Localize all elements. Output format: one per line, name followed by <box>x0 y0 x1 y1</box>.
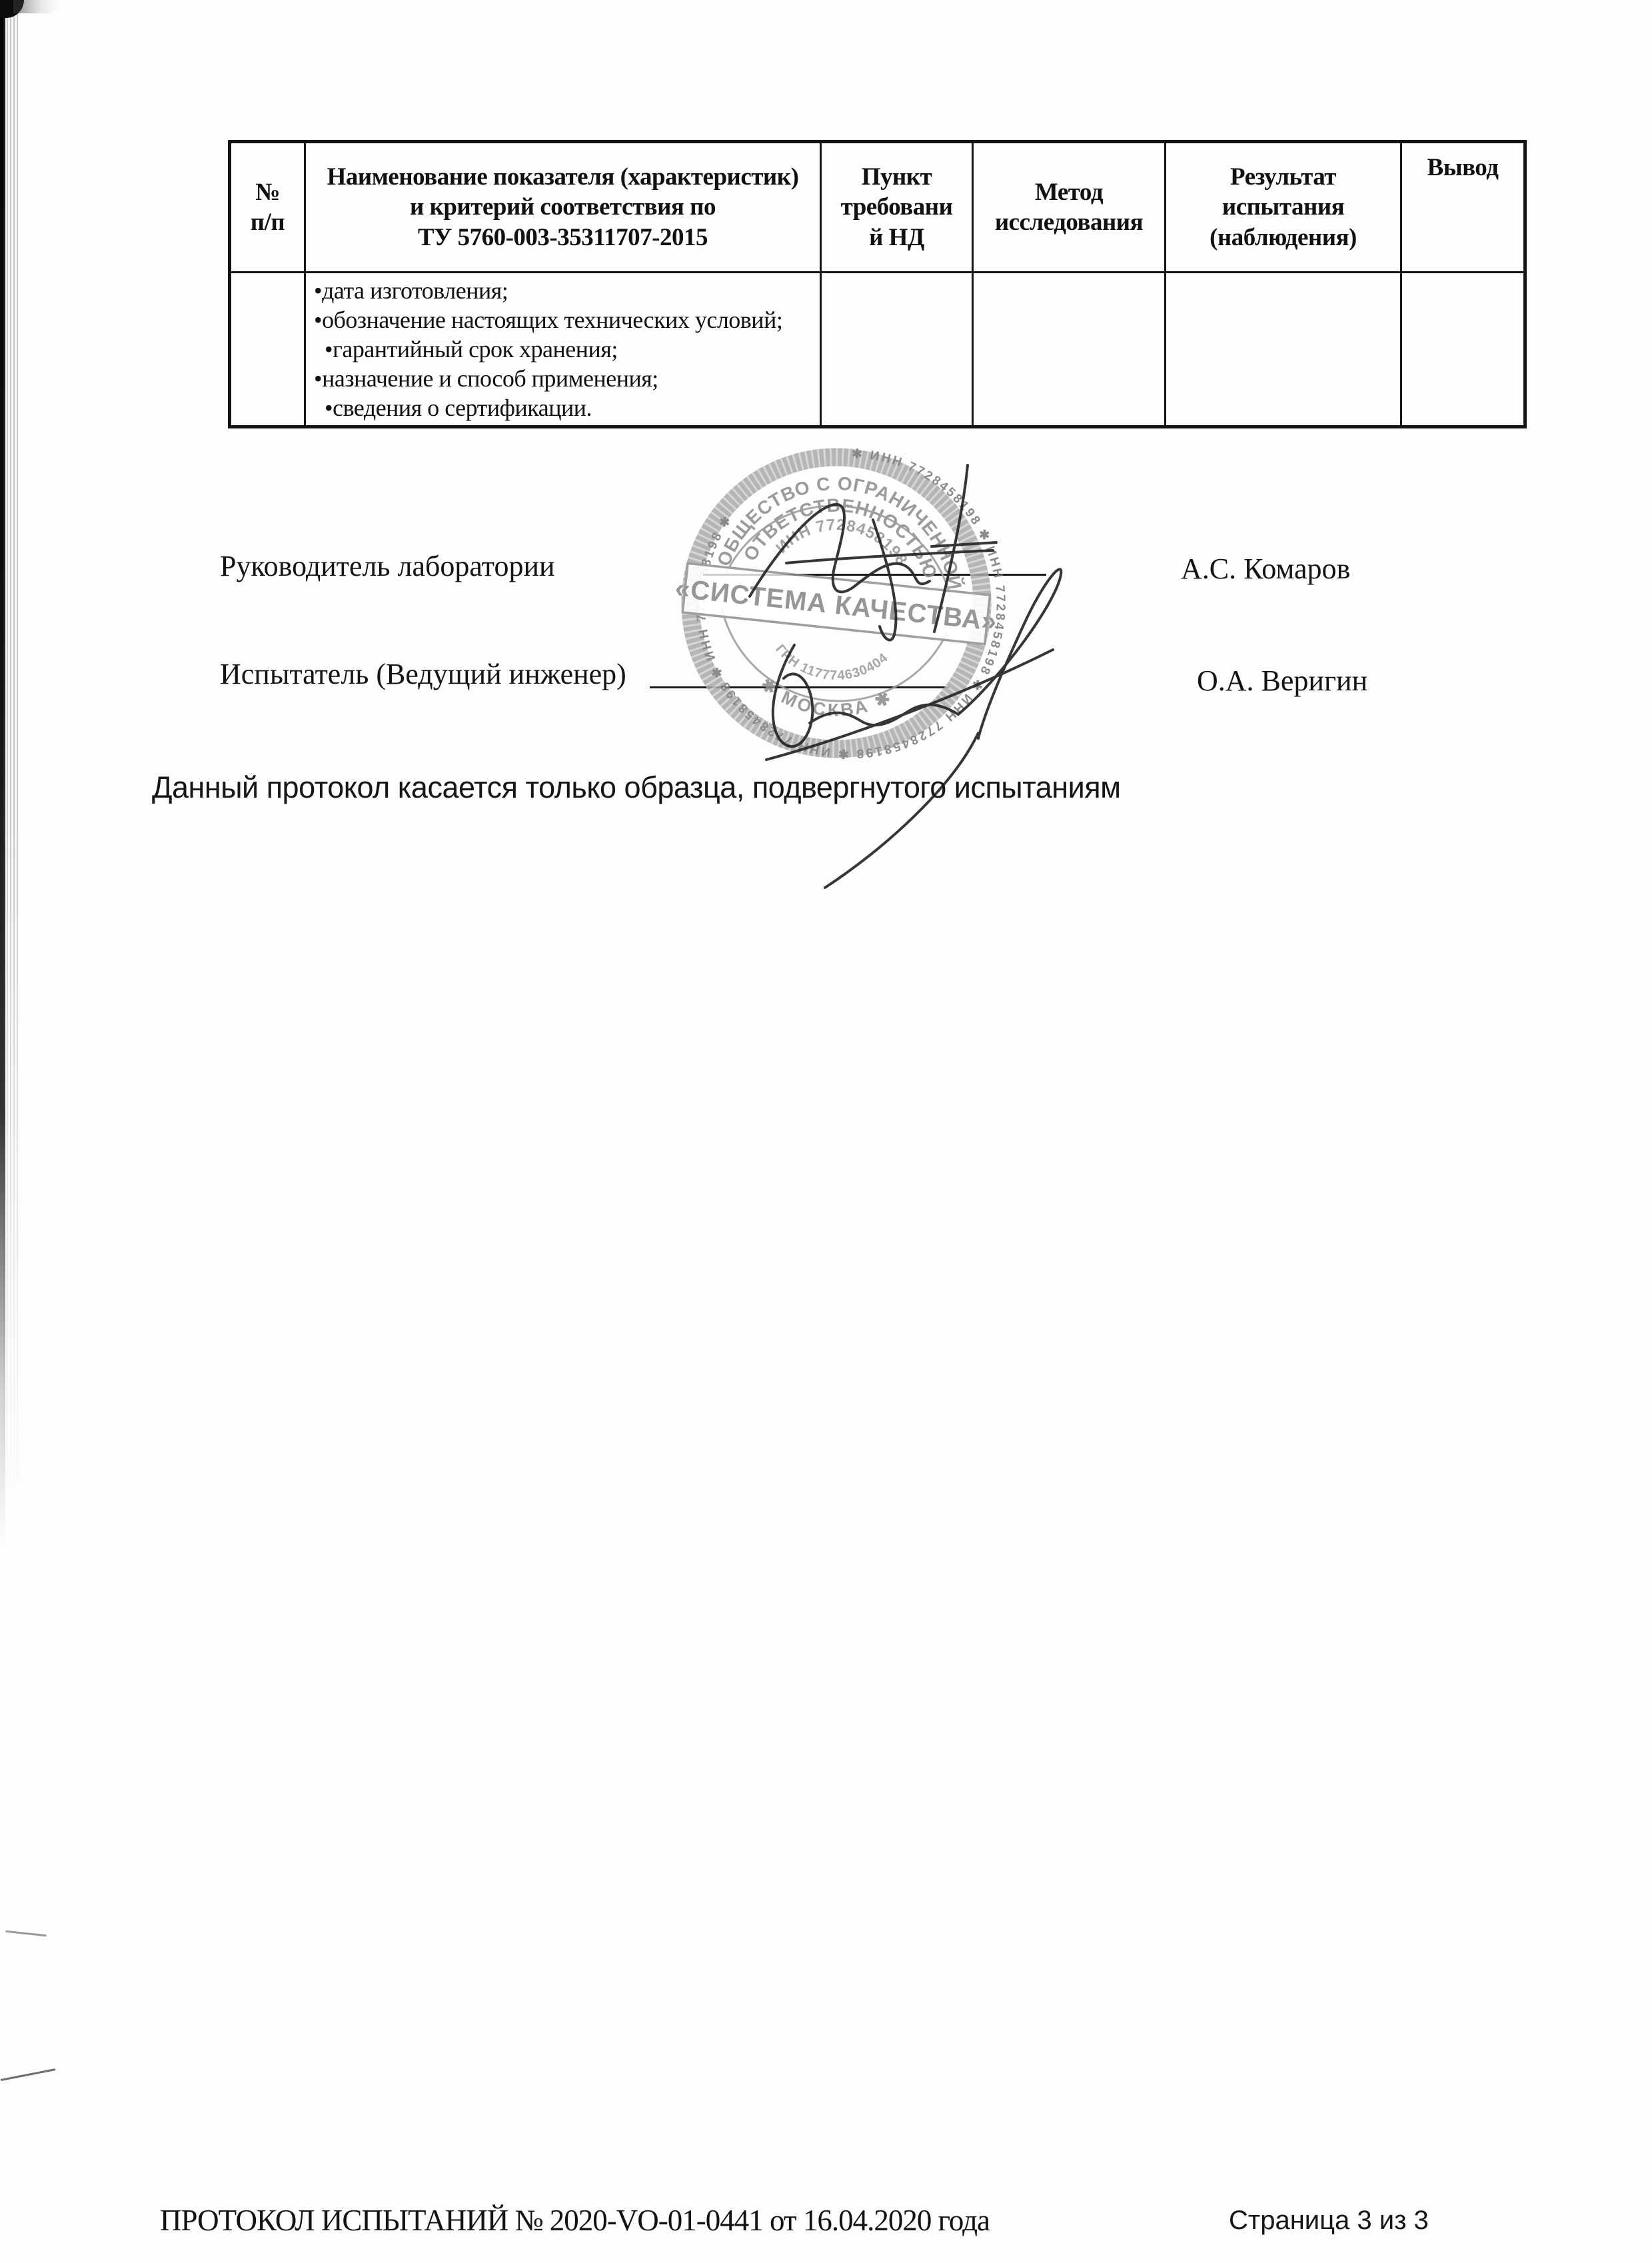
signatory-name-2: О.А. Веригин <box>1197 664 1367 698</box>
results-table: № п/п Наименование показателя (характери… <box>228 140 1527 428</box>
protocol-note: Данный протокол касается только образца,… <box>152 770 1121 805</box>
company-stamp: ✱ ИНН 7728458198 ✱ ИНН 7728458198 ✱ ИНН … <box>626 426 1213 933</box>
cell-result <box>1166 273 1401 427</box>
footer-page-number: Страница 3 из 3 <box>1229 2206 1429 2236</box>
bullet-line: •гарантийный срок хранения; <box>314 335 814 364</box>
signatory-role-1: Руководитель лаборатории <box>220 549 555 583</box>
col-header-method: Метод исследования <box>973 142 1166 273</box>
cell-conclusion <box>1401 273 1525 427</box>
signatory-role-2: Испытатель (Ведущий инженер) <box>220 657 626 691</box>
cell-num <box>230 273 305 427</box>
bullet-line: •дата изготовления; <box>314 276 814 305</box>
bullet-line: •обозначение настоящих технических услов… <box>314 305 814 335</box>
col-header-result: Результат испытания (наблюдения) <box>1166 142 1401 273</box>
table-header-row: № п/п Наименование показателя (характери… <box>230 142 1525 273</box>
bullet-line: •назначение и способ применения; <box>314 364 814 393</box>
scanned-page: № п/п Наименование показателя (характери… <box>0 0 1652 2263</box>
table-body-row: •дата изготовления; •обозначение настоящ… <box>230 273 1525 427</box>
scan-left-streaks-artifact <box>3 0 19 1506</box>
col-header-clause: Пункт требовани й НД <box>821 142 973 273</box>
scan-pencil-mark-1 <box>5 1930 47 1936</box>
cell-clause <box>821 273 973 427</box>
col-header-num: № п/п <box>230 142 305 273</box>
scan-corner-smudge <box>13 0 60 13</box>
bullet-line: •сведения о сертификации. <box>314 393 814 422</box>
col-header-conclusion: Вывод <box>1401 142 1525 273</box>
stamp-graphic: ✱ ИНН 7728458198 ✱ ИНН 7728458198 ✱ ИНН … <box>656 426 1025 776</box>
cell-characteristics: •дата изготовления; •обозначение настоящ… <box>305 273 821 427</box>
scan-pencil-mark-2 <box>0 2068 55 2081</box>
footer-protocol-number: ПРОТОКОЛ ИСПЫТАНИЙ № 2020-VO-01-0441 от … <box>160 2203 990 2238</box>
col-header-name: Наименование показателя (характеристик) … <box>305 142 821 273</box>
cell-method <box>973 273 1166 427</box>
